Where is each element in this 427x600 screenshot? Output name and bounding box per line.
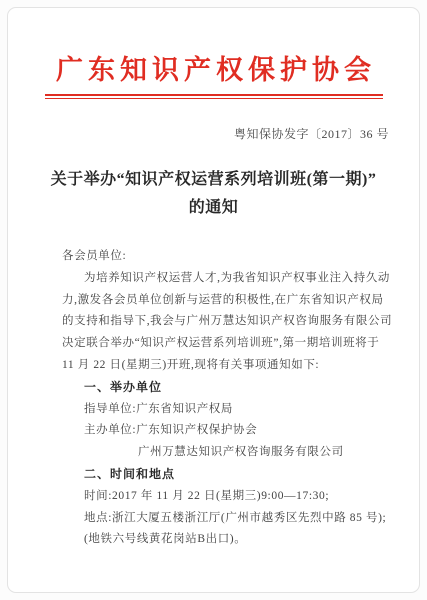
notice-title: 关于举办“知识产权运营系列培训班(第一期)” 的通知 [8, 166, 419, 222]
org-title: 广东知识产权保护协会 [8, 48, 419, 87]
red-rule-thick [45, 94, 383, 96]
section-1-heading: 一、举办单位 [62, 377, 419, 399]
red-double-rule [45, 94, 383, 99]
red-rule-thin [45, 98, 383, 99]
document-page: 广东知识产权保护协会 粤知保协发字〔2017〕36 号 关于举办“知识产权运营系… [7, 7, 420, 593]
doc-number: 粤知保协发字〔2017〕36 号 [8, 125, 389, 142]
time-line: 时间:2017 年 11 月 22 日(星期三)9:00—17:30; [62, 486, 419, 508]
notice-title-line2: 的通知 [8, 194, 419, 222]
host-unit-line: 主办单位:广东知识产权保护协会 [62, 420, 419, 442]
paragraph-line-3: 的支持和指导下,我会与广州万慧达知识产权咨询服务有限公司 [62, 311, 419, 333]
guidance-unit-line: 指导单位:广东省知识产权局 [62, 399, 419, 421]
notice-body: 各会员单位: 为培养知识产权运营人才,为我省知识产权事业注入持久动 力,激发各会… [62, 246, 419, 551]
salutation: 各会员单位: [62, 246, 419, 268]
location-line: 地点:浙江大厦五楼浙江厅(广州市越秀区先烈中路 85 号); [62, 508, 419, 530]
notice-title-line1: 关于举办“知识产权运营系列培训班(第一期)” [8, 166, 419, 194]
section-2-heading: 二、时间和地点 [62, 464, 419, 486]
paragraph-line-4: 决定联合举办“知识产权运营系列培训班”,第一期培训班将于 [62, 333, 419, 355]
location-cont-line: (地铁六号线黄花岗站B出口)。 [62, 529, 419, 551]
paragraph-line-1: 为培养知识产权运营人才,为我省知识产权事业注入持久动 [62, 268, 419, 290]
paragraph-line-2: 力,激发各会员单位创新与运营的积极性,在广东省知识产权局 [62, 290, 419, 312]
host-unit-cont-line: 广州万慧达知识产权咨询服务有限公司 [62, 442, 419, 464]
paragraph-line-5: 11 月 22 日(星期三)开班,现将有关事项通知如下: [62, 355, 419, 377]
